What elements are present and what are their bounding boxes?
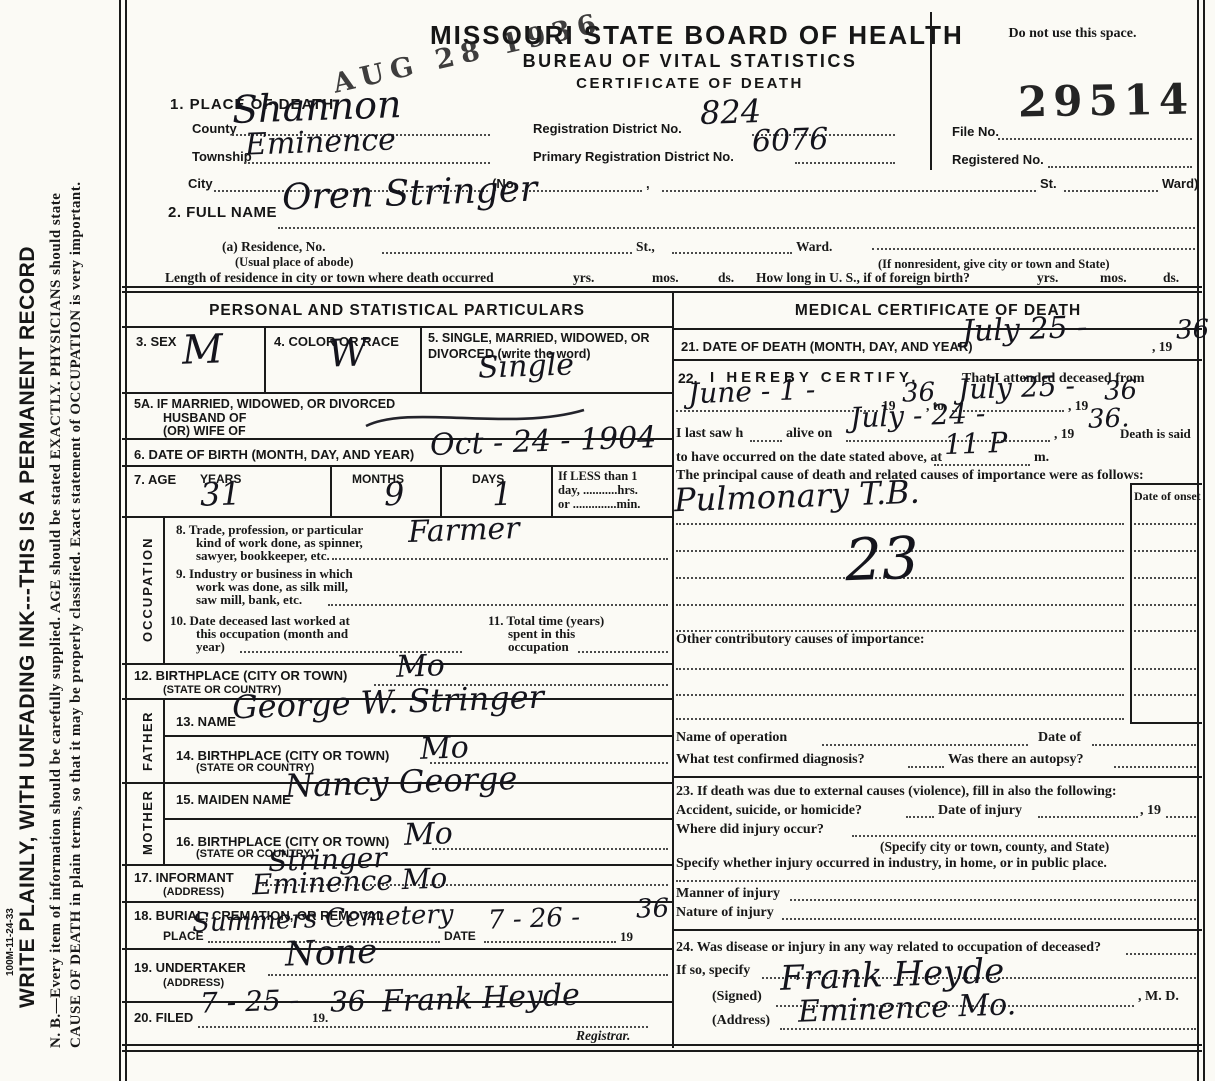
filed-year-value: 36 [330,987,367,1016]
cause-onset-line-4 [1134,604,1196,606]
occupation-side-label: OCCUPATION [140,537,155,642]
burial-date-label: DATE [444,929,476,943]
burial-date-line [484,941,616,943]
attended-from-value: June - 1 - [688,376,816,408]
wife-of-label: (OR) WIFE OF [163,424,246,439]
date-of-death-label: 21. DATE OF DEATH (MONTH, DAY, AND YEAR) [681,339,973,354]
physician-address-value: Eminence Mo. [798,990,1017,1028]
residence-line [382,252,632,254]
dob-label: 6. DATE OF BIRTH (MONTH, DAY, AND YEAR) [134,447,414,462]
undertaker-label: 19. UNDERTAKER [134,960,246,975]
date-of-death-value: July 25 - [962,313,1088,347]
onset-box-top-border [1130,483,1202,485]
signed-address-label: (Address) [712,1013,770,1030]
township-value: Eminence [245,125,397,160]
undertaker-line [268,974,668,976]
file-no-label: File No. [952,124,999,139]
date-of-death-year-prefix: , 19 [1152,339,1172,355]
birthplace-value: Mo [395,651,445,683]
last-worked-label-line3: year) [196,639,225,654]
margin-note-nb-line2: CAUSE OF DEATH in plain terms, so that i… [68,182,86,1048]
cause-onset-line-3 [1134,577,1196,579]
trade-value: Farmer [408,514,521,548]
nature-injury-line [782,918,1196,920]
operation-label: Name of operation [676,730,787,747]
city-st-label: St. [1040,176,1057,191]
age-divider-1 [330,465,332,516]
attended-to-year-value: 36 [1104,377,1138,404]
related-occupation-line [1126,953,1196,955]
informant-address-label: (ADDRESS) [163,886,224,899]
nature-injury-label: Nature of injury [676,905,774,922]
form-subtitle-2: CERTIFICATE OF DEATH [430,75,950,93]
total-time-label-line3: occupation [508,639,569,654]
dob-row-underline [122,465,672,467]
manner-injury-line [790,899,1196,901]
length-mos-label: mos. [652,270,679,286]
occurred-m-label: m. [1034,450,1049,467]
occupation-strip-divider [163,516,165,663]
form-code: 100M-11-24-33 [5,908,17,976]
full-name-label: 2. FULL NAME [168,204,277,222]
cause-line-4 [676,604,1124,606]
alive-on-label: alive on [786,426,832,443]
specify-city-label: (Specify city or town, county, and State… [880,839,1109,855]
bottom-rule-top [122,1044,1202,1046]
abode-label: (Usual place of abode) [235,255,353,270]
age-label: 7. AGE [134,472,176,487]
contributory-line-1 [676,668,1124,670]
filed-label: 20. FILED [134,1010,193,1025]
contributory-onset-line-2 [1134,694,1196,696]
test-row-underline [672,776,1202,778]
contributory-line-2 [676,694,1124,696]
total-time-line [578,651,668,653]
age-divider-3 [551,465,553,516]
registration-district-label: Registration District No. [533,121,682,136]
residence-st-line [672,252,792,254]
age-less-line3: or ..............min. [558,497,640,512]
township-line [244,162,490,164]
if-so-label: If so, specify [676,963,750,980]
contributory-onset-line-1 [1134,668,1196,670]
father-name-label: 13. NAME [176,714,236,729]
injury-date-label: Date of injury [938,803,1022,820]
manner-injury-label: Manner of injury [676,886,780,903]
occurred-label: to have occurred on the date stated abov… [676,450,942,467]
dob-value: Oct - 24 - 1904 [430,423,657,461]
personal-section-title: PERSONAL AND STATISTICAL PARTICULARS [122,302,672,320]
mother-birthplace-line [432,848,668,850]
form-border-right-inner [1197,0,1199,1081]
form-border-left-outer [119,0,121,1081]
industry-label-line3: saw mill, bank, etc. [196,592,302,607]
mother-maiden-label: 15. MAIDEN NAME [176,792,291,807]
death-is-said-label: Death is said [1120,426,1191,441]
us-mos-label: mos. [1100,270,1127,286]
operation-date-label: Date of [1038,730,1081,747]
certificate-number: 29514 [1018,74,1195,127]
where-injury-line [852,835,1196,837]
residence-st-label: St., [636,239,655,255]
death-certificate-scan: WRITE PLAINLY, WITH UNFADING INK---THIS … [0,0,1215,1081]
form-border-left-inner [125,0,127,1081]
cause-of-death-value: Pulmonary T.B. [674,476,921,517]
injury-section-underline [672,929,1202,931]
undertaker-value: None [284,934,377,971]
primary-district-value: 6076 [751,125,828,158]
header-divider-bottom [122,291,1202,293]
informant-label: 17. INFORMANT [134,870,234,885]
city-street-line [662,190,1036,192]
filed-date-value: 7 - 25 - [200,986,300,1017]
primary-district-label: Primary Registration District No. [533,149,734,164]
father-name-value: George W. Stringer [232,681,545,724]
us-yrs-label: yrs. [1037,270,1058,286]
registrar-signature: Frank Heyde [382,981,581,1018]
registrar-label: Registrar. [576,1028,630,1044]
how-long-us-label: How long in U. S., if of foreign birth? [756,270,970,286]
township-label: Township [192,149,252,164]
primary-district-line [795,162,895,164]
mother-maiden-value: Nancy George [285,762,518,802]
trade-line [332,558,668,560]
informant-address-value: Eminence Mo [252,865,448,900]
burial-date-value: 7 - 26 - [488,904,581,933]
length-yrs-label: yrs. [573,270,594,286]
burial-year-prefix: 19 [620,929,633,944]
md-label: , M. D. [1138,989,1179,1006]
sex-value: M [181,329,223,370]
age-years-value: 31 [199,477,241,510]
residence-ward-label: Ward. [796,239,832,255]
cause-onset-line-2 [1134,550,1196,552]
full-name-value: Oren Stringer [281,172,537,217]
mother-strip-divider [163,782,165,864]
injury-date-line [1038,816,1138,818]
header-divider-top [122,286,1202,288]
sex-row-underline [122,392,672,394]
sex-label: 3. SEX [136,334,176,349]
injury-year-label: , 19 [1140,803,1161,820]
race-value: W [327,333,367,372]
last-saw-label: I last saw h [676,426,743,443]
filed-year-prefix: 19. [312,1010,328,1025]
cause-code-value: 23 [844,529,920,590]
age-divider-2 [440,465,442,516]
column-divider [672,293,674,1048]
last-saw-h-line [750,440,782,442]
city-ward-line [1064,190,1158,192]
date-of-death-underline [672,359,1202,361]
full-name-line [278,227,1195,229]
onset-box-left-border [1130,483,1132,723]
if-married-label: 5A. IF MARRIED, WIDOWED, OR DIVORCED [134,397,395,412]
attended-from-line [676,410,878,412]
sex-race-divider [264,326,266,392]
burial-year-value: 36 [636,895,670,922]
date-of-death-year-value: 36 [1176,316,1210,343]
related-occupation-label: 24. Was disease or injury in any way rel… [676,940,1101,957]
onset-box-bottom-border [1130,722,1202,724]
do-not-use-box-divider [930,12,932,170]
autopsy-line [1114,766,1196,768]
operation-date-line [1092,744,1196,746]
father-side-label: FATHER [140,711,155,771]
occurred-time-line [934,464,1030,466]
registered-no-line [1048,166,1192,168]
medical-section-title: MEDICAL CERTIFICATE OF DEATH [674,302,1202,320]
city-label: City [188,176,213,191]
form-border-right-outer [1203,0,1205,1081]
operation-line [822,744,1028,746]
file-no-line [998,138,1192,140]
age-less-line1: If LESS than 1 [558,469,638,484]
test-line [908,766,944,768]
burial-place-value: Summers Cemetery [192,901,454,936]
city-ward-label: Ward) [1162,176,1198,191]
county-label: County [192,121,237,136]
contributory-label: Other contributory causes of importance: [676,632,925,649]
specify-place-line [676,880,1196,882]
cause-onset-line-5 [1134,630,1196,632]
margin-note-permanent-record: WRITE PLAINLY, WITH UNFADING INK---THIS … [16,246,41,1008]
last-saw-year-prefix: , 19 [1054,426,1074,442]
margin-note-nb-line1: N. B.—Every item of information should b… [48,193,66,1048]
age-less-line2: day, ...........hrs. [558,483,638,498]
mother-side-label: MOTHER [140,790,155,855]
contributory-line-3 [676,718,1124,720]
test-label: What test confirmed diagnosis? [676,752,865,769]
attended-to-year-prefix: , 19 [1068,398,1088,414]
accident-line [906,816,934,818]
age-months-value: 9 [383,478,404,511]
onset-label: Date of onset [1134,489,1201,503]
city-comma: , [646,176,650,191]
where-injury-label: Where did injury occur? [676,822,824,839]
bottom-rule-bottom [122,1050,1202,1052]
length-ds-label: ds. [718,270,734,286]
do-not-use-label: Do not use this space. [955,26,1190,43]
race-marital-divider [420,326,422,392]
accident-label: Accident, suicide, or homicide? [676,803,862,820]
burial-row-underline [122,948,672,950]
occurred-time-value: 11 P [944,429,1008,459]
age-row-underline [122,516,672,518]
age-days-value: 1 [491,478,512,511]
father-strip-divider [163,698,165,782]
birthplace-label: 12. BIRTHPLACE (CITY OR TOWN) [134,668,347,683]
residence-label: (a) Residence, No. [222,239,325,255]
trade-label-line3: sawyer, bookkeeper, etc. [196,548,330,563]
signed-label: (Signed) [712,989,762,1006]
father-name-underline [163,735,672,737]
us-ds-label: ds. [1163,270,1179,286]
nonresident-line [872,248,1195,250]
length-residence-label: Length of residence in city or town wher… [165,270,494,286]
external-causes-label: 23. If death was due to external causes … [676,784,1117,801]
medical-title-underline [672,328,1202,330]
marital-value: Single [478,350,575,383]
autopsy-label: Was there an autopsy? [948,752,1083,769]
injury-year-line [1166,816,1196,818]
industry-line [328,604,668,606]
cause-onset-line-1 [1134,523,1196,525]
mother-birthplace-value: Mo [403,819,453,851]
specify-place-label: Specify whether injury occurred in indus… [676,856,1107,873]
registered-no-label: Registered No. [952,152,1044,167]
signed-address-line [780,1028,1196,1030]
city-no-line [522,190,642,192]
